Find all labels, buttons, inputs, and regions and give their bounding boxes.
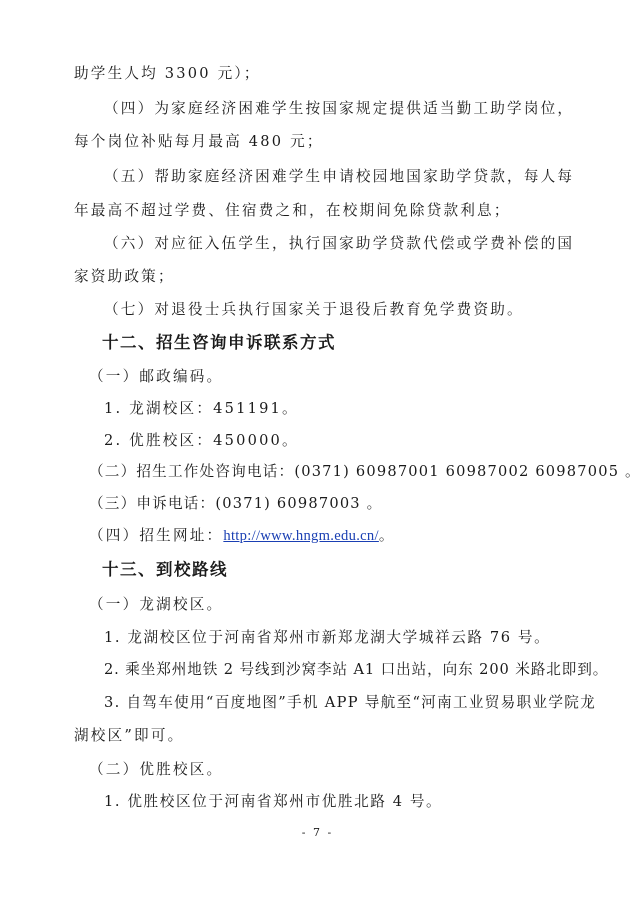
- campus-longhu-label: （一）龙湖校区。: [89, 595, 223, 615]
- route-item: 3. 自驾车使用“百度地图”手机 APP 导航至“河南工业贸易职业学院龙: [104, 693, 596, 713]
- paragraph-line: （六）对应征入伍学生，执行国家助学贷款代偿或学费补偿的国: [104, 234, 574, 254]
- website-suffix: 。: [379, 527, 396, 544]
- route-item: 2. 乘坐郑州地铁 2 号线到沙窝李站 A1 口出站，向东 200 米路北即到。: [104, 660, 608, 680]
- complaint-phone: （三）申诉电话：(0371) 60987003 。: [89, 494, 382, 514]
- section-heading-12: 十二、招生咨询申诉联系方式: [102, 333, 336, 353]
- document-page: 助学生人均 3300 元）； （四）为家庭经济困难学生按国家规定提供适当勤工助学…: [0, 0, 635, 898]
- paragraph-line: 家资助政策；: [74, 267, 175, 287]
- website-line: （四）招生网址：http://www.hngm.edu.cn/。: [89, 526, 396, 546]
- postal-code-yousheng: 2. 优胜校区：450000。: [104, 431, 299, 451]
- postal-code-longhu: 1. 龙湖校区：451191。: [104, 399, 299, 419]
- route-item: 1. 优胜校区位于河南省郑州市优胜北路 4 号。: [104, 792, 442, 812]
- page-number: - 7 -: [0, 826, 635, 839]
- paragraph-line: （五）帮助家庭经济困难学生申请校园地国家助学贷款，每人每: [104, 167, 574, 187]
- route-item: 1. 龙湖校区位于河南省郑州市新郑龙湖大学城祥云路 76 号。: [104, 628, 550, 648]
- postal-code-label: （一）邮政编码。: [89, 367, 223, 387]
- consult-phone: （二）招生工作处咨询电话：(0371) 60987001 60987002 60…: [89, 462, 635, 482]
- paragraph-line: （七）对退役士兵执行国家关于退役后教育免学费资助。: [104, 300, 524, 320]
- website-link[interactable]: http://www.hngm.edu.cn/: [223, 528, 379, 544]
- website-label: （四）招生网址：: [89, 527, 223, 544]
- route-item: 湖校区”即可。: [74, 726, 184, 746]
- paragraph-line: 年最高不超过学费、住宿费之和，在校期间免除贷款利息；: [74, 201, 511, 221]
- paragraph-line: 助学生人均 3300 元）；: [74, 64, 261, 84]
- paragraph-line: （四）为家庭经济困难学生按国家规定提供适当勤工助学岗位，: [104, 99, 574, 119]
- campus-yousheng-label: （二）优胜校区。: [89, 760, 223, 780]
- paragraph-line: 每个岗位补贴每月最高 480 元；: [74, 132, 324, 152]
- section-heading-13: 十三、到校路线: [102, 560, 228, 580]
